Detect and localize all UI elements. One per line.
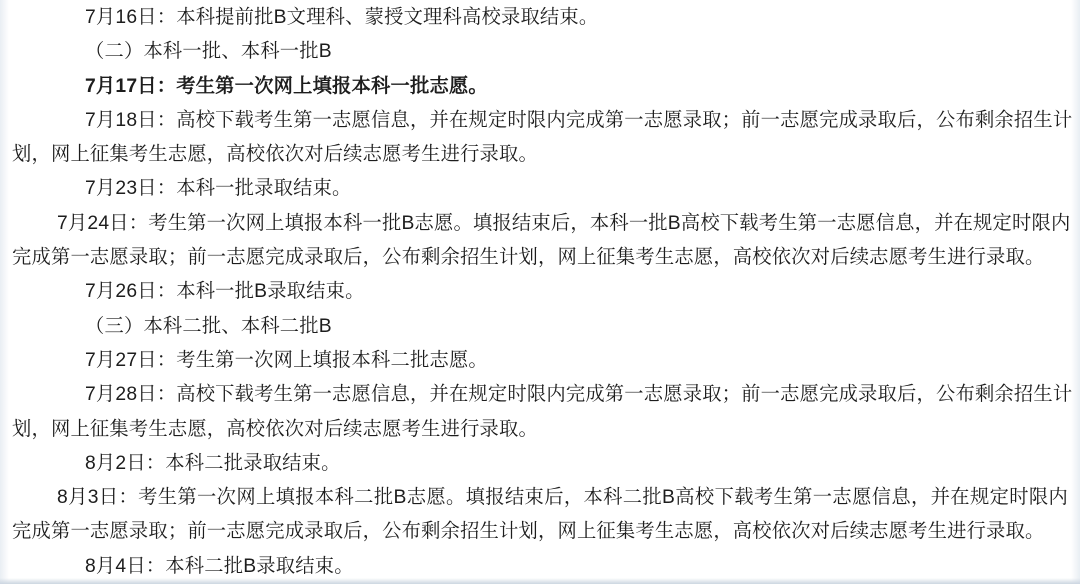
line-jul16: 7月16日：本科提前批B文理科、蒙授文理科高校录取结束。	[12, 1, 1068, 35]
line-jul23: 7月23日：本科一批录取结束。	[12, 172, 1068, 206]
line-jul24-b: 完成第一志愿录取；前一志愿完成录取后，公布剩余招生计划，网上征集考生志愿，高校依…	[12, 241, 1068, 275]
line-jul27: 7月27日：考生第一次网上填报本科二批志愿。	[12, 344, 1068, 378]
heading-section-2: （二）本科一批、本科一批B	[12, 35, 1068, 69]
line-jul18-a: 7月18日：高校下载考生第一志愿信息，并在规定时限内完成第一志愿录取；前一志愿完…	[12, 104, 1068, 138]
line-jul28-b: 划，网上征集考生志愿，高校依次对后续志愿考生进行录取。	[12, 413, 1068, 447]
line-aug2: 8月2日：本科二批录取结束。	[12, 447, 1068, 481]
line-jul24-a: 7月24日：考生第一次网上填报本科一批B志愿。填报结束后，本科一批B高校下载考生…	[12, 207, 1068, 241]
heading-section-3: （三）本科二批、本科二批B	[12, 310, 1068, 344]
line-aug4: 8月4日：本科二批B录取结束。	[12, 550, 1068, 584]
line-jul26: 7月26日：本科一批B录取结束。	[12, 275, 1068, 309]
line-jul17-bold: 7月17日：考生第一次网上填报本科一批志愿。	[12, 70, 1068, 104]
line-aug3-b: 完成第一志愿录取；前一志愿完成录取后，公布剩余招生计划，网上征集考生志愿，高校依…	[12, 515, 1068, 549]
line-jul28-a: 7月28日：高校下载考生第一志愿信息，并在规定时限内完成第一志愿录取；前一志愿完…	[12, 378, 1068, 412]
article-body: 7月16日：本科提前批B文理科、蒙授文理科高校录取结束。 （二）本科一批、本科一…	[0, 0, 1080, 584]
document-page: { "page": { "background_color": "#ffffff…	[0, 0, 1080, 584]
line-jul18-b: 划，网上征集考生志愿，高校依次对后续志愿考生进行录取。	[12, 138, 1068, 172]
line-aug3-a: 8月3日：考生第一次网上填报本科二批B志愿。填报结束后，本科二批B高校下载考生第…	[12, 481, 1068, 515]
